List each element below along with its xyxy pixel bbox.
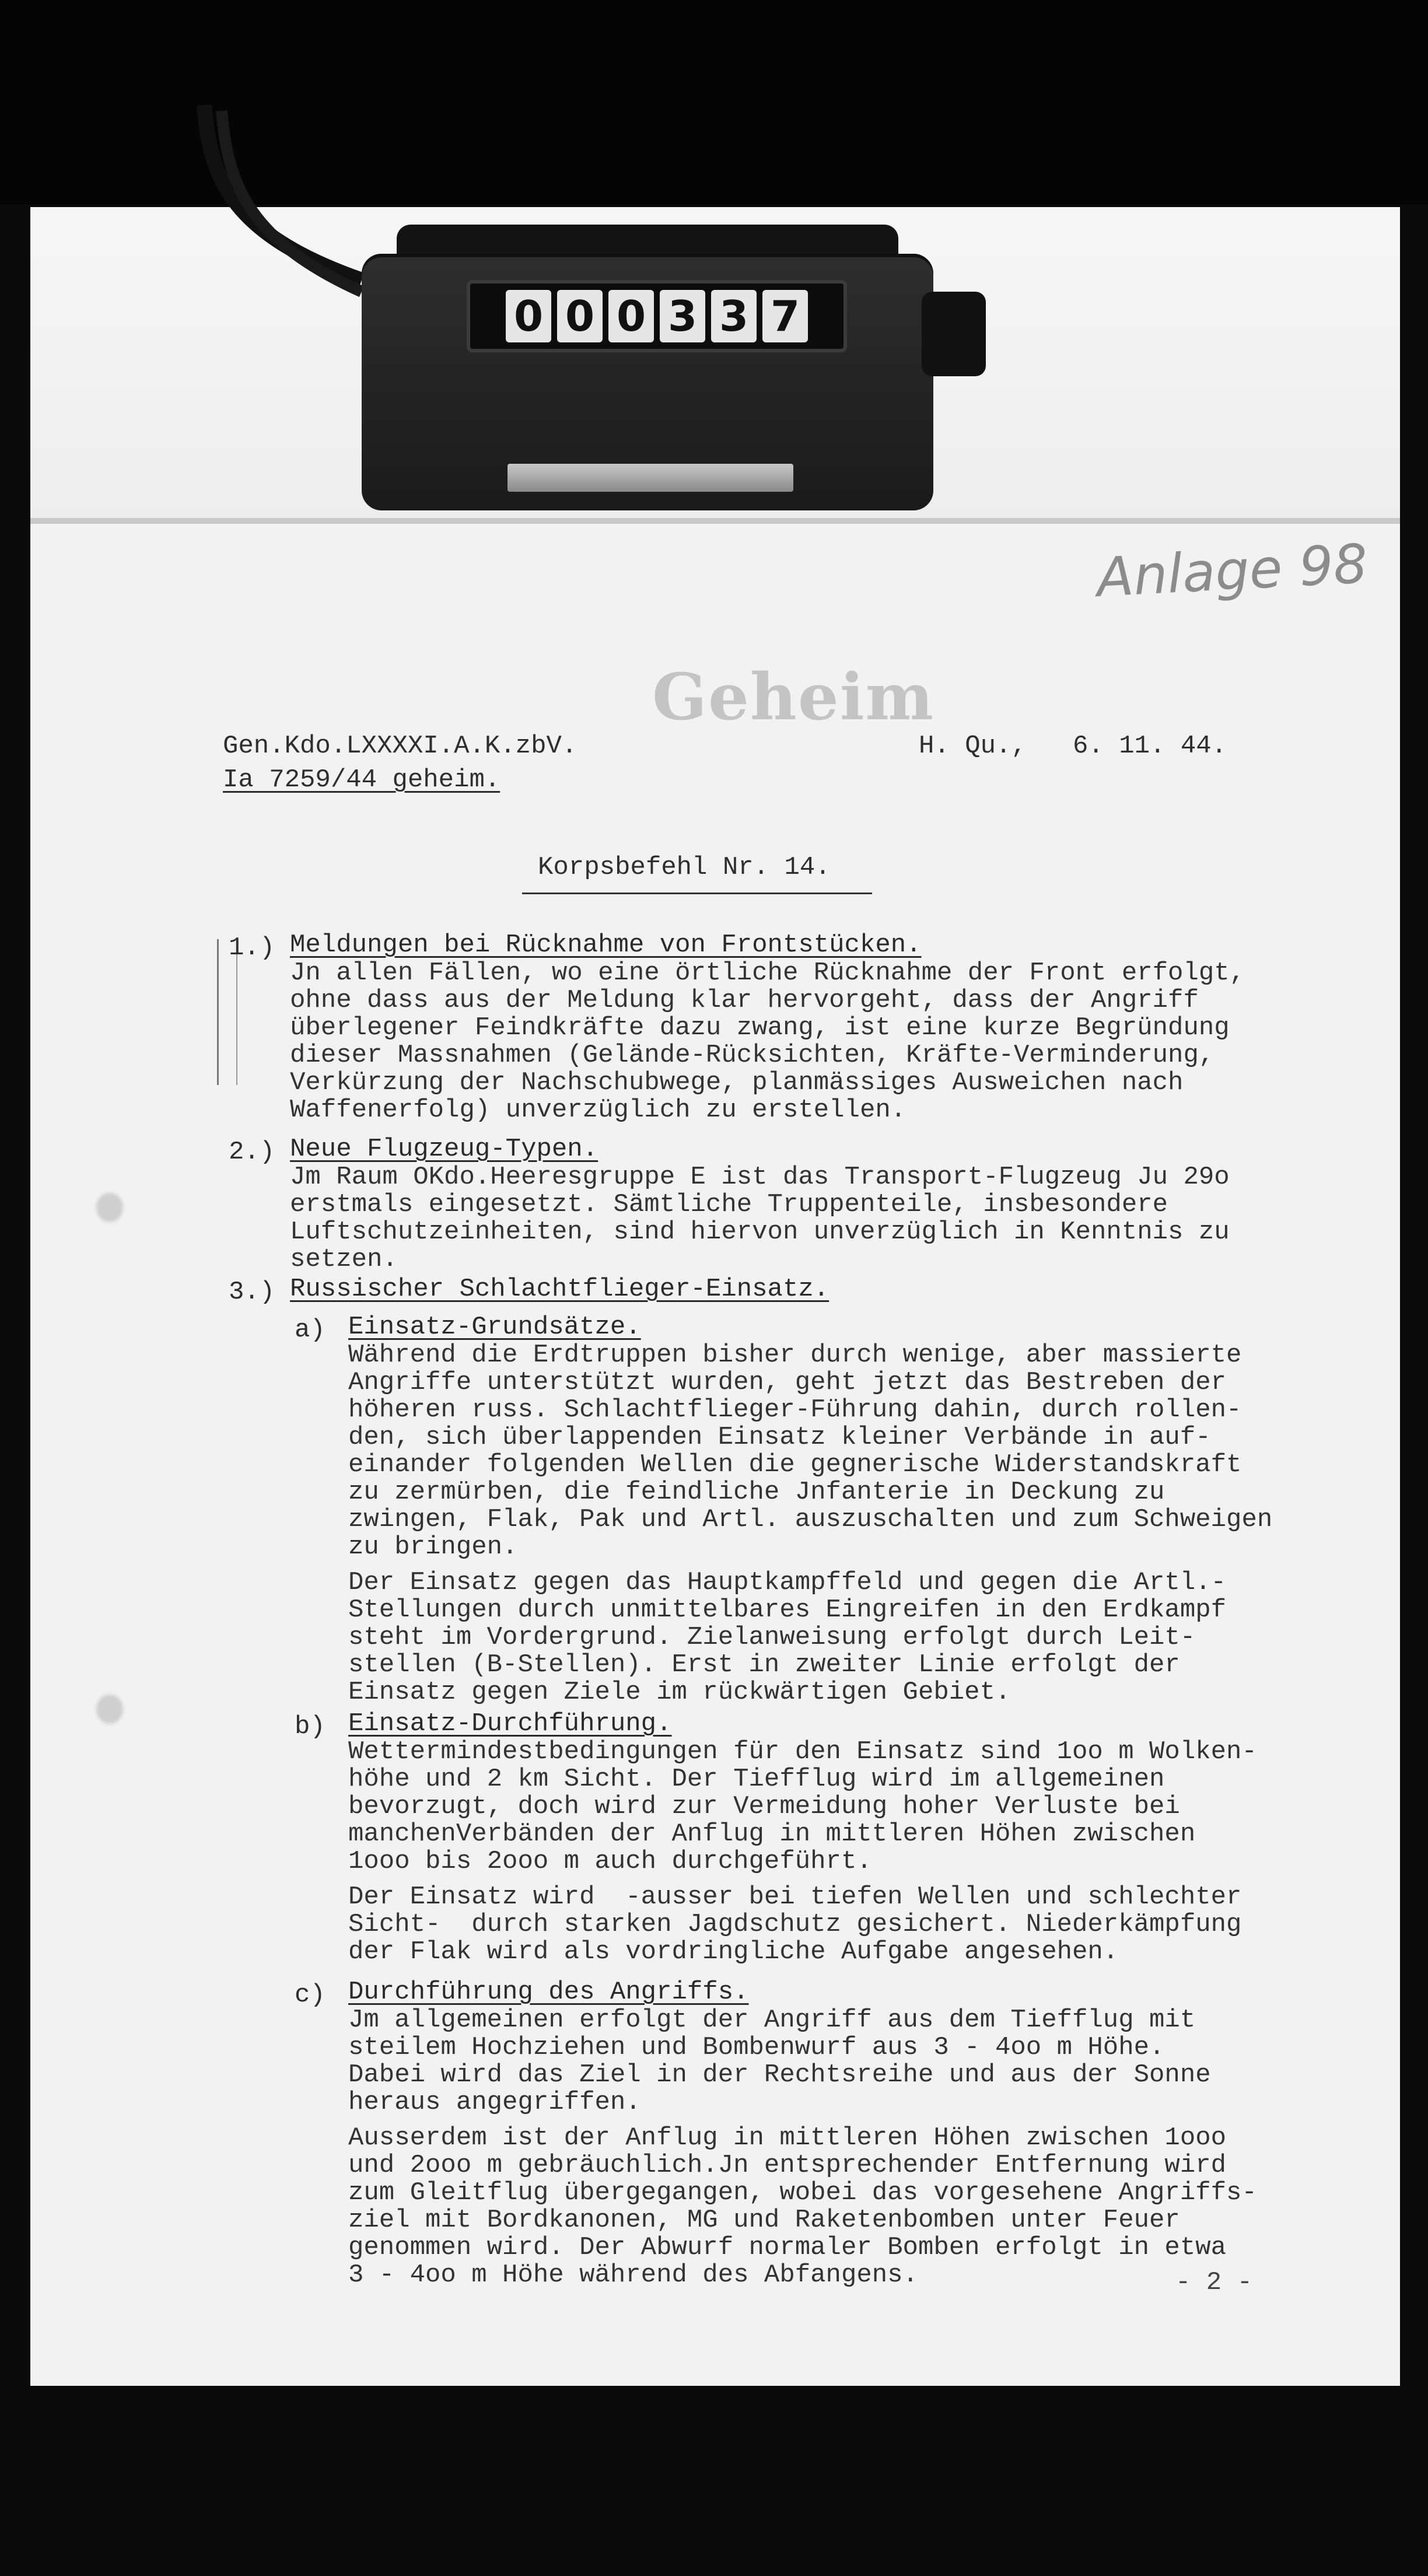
text-line: und 2ooo m gebräuchlich.Jn entsprechende… <box>348 2152 1257 2179</box>
text-line: genommen wird. Der Abwurf normaler Bombe… <box>348 2234 1257 2262</box>
text-line: dieser Massnahmen (Gelände-Rücksichten, … <box>290 1042 1245 1069</box>
header-unit-block: Gen.Kdo.LXXXXI.A.K.zbV. Ia 7259/44 gehei… <box>223 729 577 797</box>
document-title: Korpsbefehl Nr. 14. <box>538 850 831 884</box>
section-3: Russischer Schlachtflieger-Einsatz. <box>290 1275 829 1304</box>
header-location-date: H. Qu., 6. 11. 44. <box>919 729 1227 763</box>
section-heading: Russischer Schlachtflieger-Einsatz. <box>290 1275 829 1304</box>
text-line: höhe und 2 km Sicht. Der Tiefflug wird i… <box>348 1766 1257 1793</box>
subsection-heading: Durchführung des Angriffs. <box>348 1978 1257 2007</box>
text-line: Luftschutzeinheiten, sind hiervon unverz… <box>290 1219 1230 1246</box>
counter-digit: 0 <box>506 290 551 342</box>
punch-hole <box>96 1193 123 1222</box>
text-line: 1ooo bis 2ooo m auch durchgeführt. <box>348 1848 1257 1875</box>
section-heading: Meldungen bei Rücknahme von Frontstücken… <box>290 930 1245 960</box>
counter-digit: 3 <box>660 290 705 342</box>
text-line: Jn allen Fällen, wo eine örtliche Rückna… <box>290 960 1245 987</box>
text-line: Einsatz gegen Ziele im rückwärtigen Gebi… <box>348 1679 1272 1706</box>
counter-nameplate <box>508 464 793 492</box>
counter-digit: 3 <box>711 290 757 342</box>
section-1: Meldungen bei Rücknahme von Frontstücken… <box>290 930 1245 1124</box>
text-line: ziel mit Bordkanonen, MG und Raketenbomb… <box>348 2207 1257 2234</box>
text-line: Angriffe unterstützt wurden, geht jetzt … <box>348 1369 1272 1396</box>
text-line: Jm Raum OKdo.Heeresgruppe E ist das Tran… <box>290 1164 1230 1191</box>
subsection-heading: Einsatz-Grundsätze. <box>348 1312 1272 1342</box>
section-2: Neue Flugzeug-Typen. Jm Raum OKdo.Heeres… <box>290 1135 1230 1273</box>
text-line: überlegener Feindkräfte dazu zwang, ist … <box>290 1014 1245 1042</box>
subsection-a: Einsatz-Grundsätze. Während die Erdtrupp… <box>348 1312 1272 1706</box>
text-line: setzen. <box>290 1246 1230 1273</box>
page-number: - 2 - <box>1175 2268 1252 2297</box>
text-line: bevorzugt, doch wird zur Vermeidung hohe… <box>348 1793 1257 1821</box>
text-line: ohne dass aus der Meldung klar hervorgeh… <box>290 987 1245 1014</box>
counter-cable <box>192 105 367 303</box>
text-line: erstmals eingesetzt. Sämtliche Truppente… <box>290 1191 1230 1219</box>
counter-digit: 0 <box>608 290 654 342</box>
text-line: einander folgenden Wellen die gegnerisch… <box>348 1451 1272 1479</box>
text-line: Der Einsatz wird -ausser bei tiefen Well… <box>348 1884 1257 1911</box>
text-line: zu bringen. <box>348 1534 1272 1561</box>
text-line: heraus angegriffen. <box>348 2089 1257 2116</box>
frame-counter-device: 0 0 0 3 3 7 <box>362 213 933 519</box>
text-line: höheren russ. Schlachtflieger-Führung da… <box>348 1396 1272 1424</box>
header-reference: Ia 7259/44 geheim. <box>223 765 500 794</box>
text-line: 3 - 4oo m Höhe während des Abfangens. <box>348 2262 1257 2289</box>
text-line: Stellungen durch unmittelbares Eingreife… <box>348 1597 1272 1624</box>
text-line: zwingen, Flak, Pak und Artl. auszuschalt… <box>348 1506 1272 1534</box>
counter-display: 0 0 0 3 3 7 <box>467 280 847 352</box>
text-line: Waffenerfolg) unverzüglich zu erstellen. <box>290 1097 1245 1124</box>
text-line: Sicht- durch starken Jagdschutz gesicher… <box>348 1911 1257 1938</box>
text-line: Verkürzung der Nachschubwege, planmässig… <box>290 1069 1245 1097</box>
text-line: stellen (B-Stellen). Erst in zweiter Lin… <box>348 1651 1272 1679</box>
text-line: der Flak wird als vordringliche Aufgabe … <box>348 1938 1257 1966</box>
subsection-heading: Einsatz-Durchführung. <box>348 1709 1257 1738</box>
punch-hole <box>96 1695 123 1724</box>
text-line: Während die Erdtruppen bisher durch weni… <box>348 1342 1272 1369</box>
subsection-c: Durchführung des Angriffs. Jm allgemeine… <box>348 1978 1257 2289</box>
title-underline <box>522 892 872 894</box>
text-line: Der Einsatz gegen das Hauptkampffeld und… <box>348 1569 1272 1597</box>
text-line: Wettermindestbedingungen für den Einsatz… <box>348 1738 1257 1766</box>
section-number: 2.) <box>229 1137 275 1167</box>
subsection-b: Einsatz-Durchführung. Wettermindestbedin… <box>348 1709 1257 1966</box>
text-line: manchenVerbänden der Anflug in mittleren… <box>348 1821 1257 1848</box>
text-line: den, sich überlappenden Einsatz kleiner … <box>348 1424 1272 1451</box>
subsection-letter: b) <box>295 1712 325 1741</box>
section-number: 1.) <box>229 933 275 963</box>
text-line: Dabei wird das Ziel in der Rechtsreihe u… <box>348 2061 1257 2089</box>
text-line: zu zermürben, die feindliche Jnfanterie … <box>348 1479 1272 1506</box>
classification-stamp: Geheim <box>652 659 935 734</box>
counter-digit: 0 <box>557 290 603 342</box>
text-line: Ausserdem ist der Anflug in mittleren Hö… <box>348 2124 1257 2152</box>
header-unit: Gen.Kdo.LXXXXI.A.K.zbV. <box>223 731 577 761</box>
subsection-letter: c) <box>295 1980 325 2010</box>
text-line: steht im Vordergrund. Zielanweisung erfo… <box>348 1624 1272 1651</box>
text-line: zum Gleitflug übergegangen, wobei das vo… <box>348 2179 1257 2207</box>
section-number: 3.) <box>229 1277 275 1307</box>
section-heading: Neue Flugzeug-Typen. <box>290 1135 1230 1164</box>
subsection-letter: a) <box>295 1315 325 1345</box>
text-line: Jm allgemeinen erfolgt der Angriff aus d… <box>348 2007 1257 2034</box>
text-line: steilem Hochziehen und Bombenwurf aus 3 … <box>348 2034 1257 2061</box>
counter-digit: 7 <box>762 290 808 342</box>
counter-knob <box>922 292 986 376</box>
